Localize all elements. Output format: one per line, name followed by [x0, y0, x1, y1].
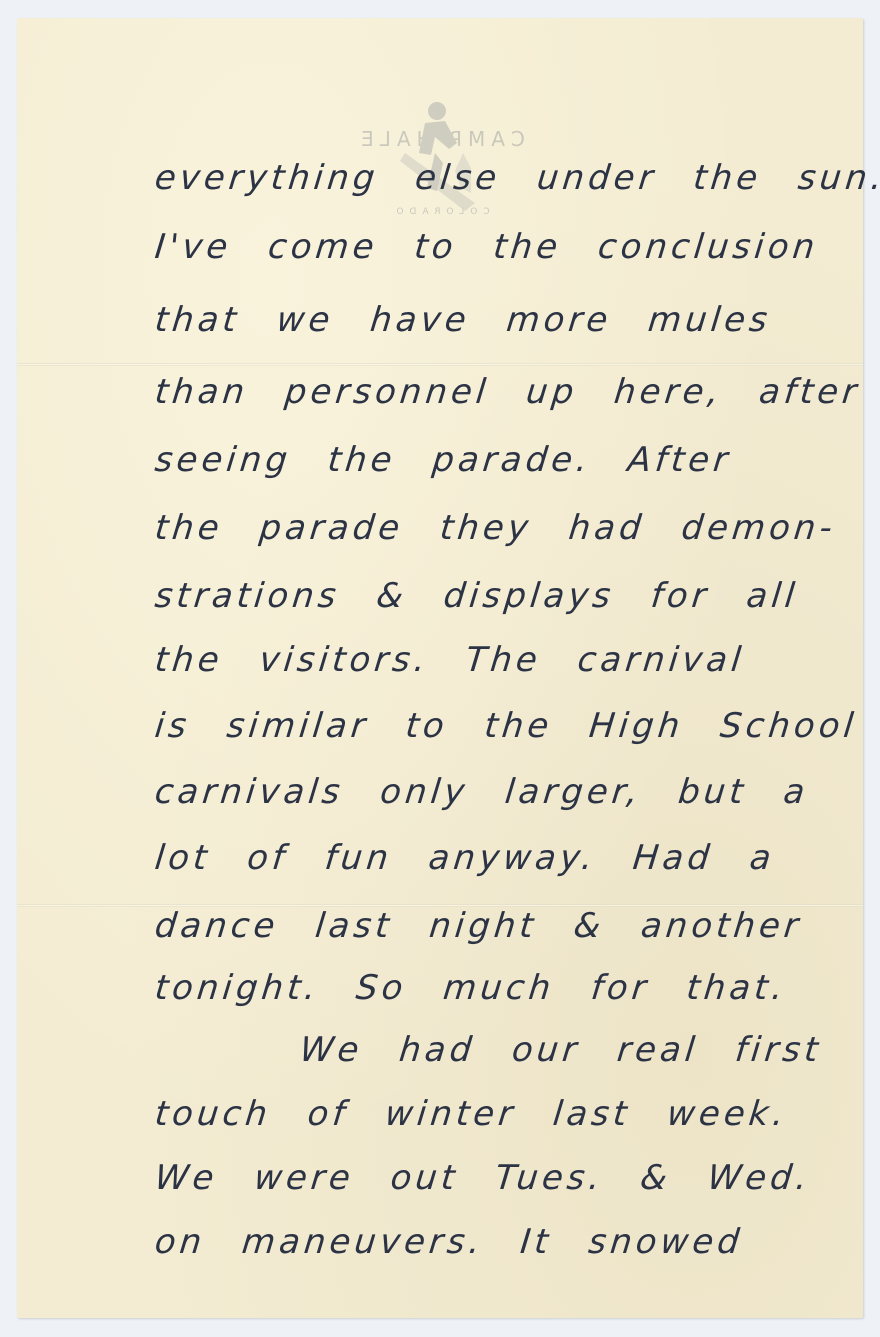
text-line: I've come to the conclusion	[153, 227, 821, 267]
text-line: strations & displays for all	[153, 576, 801, 616]
text-line: that we have more mules	[153, 300, 773, 340]
text-line: We were out Tues. & Wed.	[153, 1158, 813, 1198]
text-line: touch of winter last week.	[153, 1094, 790, 1134]
handwritten-text: everything else under the sun. I've come…	[0, 0, 880, 1337]
text-line: lot of fun anyway. Had a	[153, 838, 777, 878]
text-line: We had our real first	[298, 1030, 824, 1070]
text-line: than personnel up here, after	[153, 372, 863, 412]
text-line: is similar to the High School	[153, 706, 859, 746]
text-line: seeing the parade. After	[153, 440, 734, 480]
text-line: carnivals only larger, but a	[153, 772, 811, 812]
text-line: everything else under the sun.	[153, 158, 880, 198]
text-line: the visitors. The carnival	[153, 640, 747, 680]
text-line: the parade they had demon-	[153, 508, 838, 548]
text-line: tonight. So much for that.	[153, 968, 789, 1008]
text-line: dance last night & another	[153, 906, 804, 946]
text-line: on maneuvers. It snowed	[153, 1222, 745, 1262]
